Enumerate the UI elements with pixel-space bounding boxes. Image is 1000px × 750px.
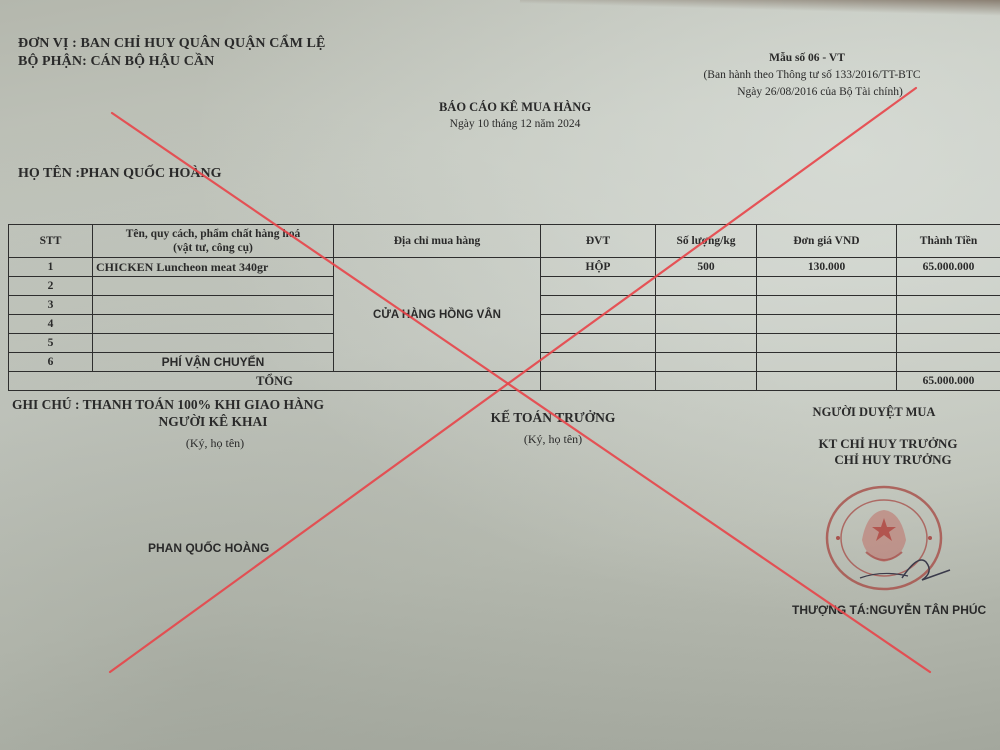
header-stt: STT	[9, 225, 93, 258]
row-unit	[541, 353, 656, 372]
row-item	[93, 315, 334, 334]
row-unit: HỘP	[541, 258, 656, 277]
table-total-row: TỔNG 65.000.000	[9, 372, 1000, 391]
header-unit: ĐƠN VỊ : BAN CHỈ HUY QUÂN QUẬN CẨM LỆ	[18, 36, 325, 52]
row-stt: 2	[9, 277, 93, 296]
header-amount: Thành Tiền	[897, 225, 1000, 258]
row-amount	[897, 277, 1000, 296]
table-header-row: STT Tên, quy cách, phẩm chất hàng hoá (v…	[9, 225, 1000, 258]
header-quantity: Số lượng/kg	[656, 225, 757, 258]
row-amount	[897, 334, 1000, 353]
header-unit: ĐVT	[541, 225, 656, 258]
row-stt: 6	[9, 353, 93, 372]
total-unit	[541, 372, 656, 391]
paper-edge-shadow	[520, 0, 1000, 17]
row-amount	[897, 296, 1000, 315]
header-item-line1: Tên, quy cách, phẩm chất hàng hoá	[96, 227, 330, 241]
row-quantity	[656, 315, 757, 334]
form-number: Mẫu số 06 - VT	[769, 52, 845, 64]
row-quantity	[656, 277, 757, 296]
header-address: Địa chỉ mua hàng	[334, 225, 541, 258]
row-item-shipping: PHÍ VẬN CHUYỂN	[93, 353, 334, 372]
row-stt: 5	[9, 334, 93, 353]
row-stt: 1	[9, 258, 93, 277]
row-unit	[541, 315, 656, 334]
row-unit-price	[757, 315, 897, 334]
row-quantity	[656, 296, 757, 315]
row-amount	[897, 315, 1000, 334]
row-unit	[541, 334, 656, 353]
purchase-address: CỬA HÀNG HỒNG VÂN	[334, 258, 541, 372]
row-amount: 65.000.000	[897, 258, 1000, 277]
row-unit	[541, 296, 656, 315]
chief-accountant-title: KẾ TOÁN TRƯỞNG	[491, 410, 616, 426]
form-issued-by: (Ban hành theo Thông tư số 133/2016/TT-B…	[703, 69, 920, 81]
row-quantity: 500	[656, 258, 757, 277]
row-quantity	[656, 353, 757, 372]
header-item: Tên, quy cách, phẩm chất hàng hoá (vật t…	[93, 225, 334, 258]
row-item	[93, 296, 334, 315]
row-unit-price	[757, 296, 897, 315]
header-department: BỘ PHẬN: CÁN BỘ HẬU CẦN	[18, 54, 214, 70]
row-unit-price	[757, 334, 897, 353]
row-item	[93, 334, 334, 353]
approver-role-line2: CHỈ HUY TRƯỞNG	[834, 452, 951, 468]
header-unit-price: Đơn giá VND	[757, 225, 897, 258]
chief-accountant-instruction: (Ký, họ tên)	[524, 432, 582, 447]
row-unit-price: 130.000	[757, 258, 897, 277]
purchase-table: STT Tên, quy cách, phẩm chất hàng hoá (v…	[8, 224, 1000, 391]
table-row: 1 CHICKEN Luncheon meat 340gr CỬA HÀNG H…	[9, 258, 1000, 277]
total-label: TỔNG	[9, 372, 541, 391]
official-stamp-icon	[822, 482, 956, 600]
total-unit-price	[757, 372, 897, 391]
row-stt: 4	[9, 315, 93, 334]
row-item	[93, 277, 334, 296]
report-date: Ngày 10 tháng 12 năm 2024	[450, 118, 581, 130]
total-quantity	[656, 372, 757, 391]
declarant-title: NGƯỜI KÊ KHAI	[158, 414, 267, 430]
row-stt: 3	[9, 296, 93, 315]
declarant-instruction: (Ký, họ tên)	[186, 436, 244, 451]
full-name: HỌ TÊN :PHAN QUỐC HOÀNG	[18, 166, 222, 182]
row-quantity	[656, 334, 757, 353]
row-item: CHICKEN Luncheon meat 340gr	[93, 258, 334, 277]
row-amount	[897, 353, 1000, 372]
approver-name: THƯỢNG TÁ:NGUYỄN TÂN PHÚC	[792, 603, 986, 617]
row-unit-price	[757, 353, 897, 372]
total-amount: 65.000.000	[897, 372, 1000, 391]
declarant-name: PHAN QUỐC HOÀNG	[148, 541, 269, 555]
row-unit	[541, 277, 656, 296]
payment-note: GHI CHÚ : THANH TOÁN 100% KHI GIAO HÀNG	[12, 397, 324, 413]
approver-title: NGƯỜI DUYỆT MUA	[813, 405, 936, 420]
form-issued-date: Ngày 26/08/2016 của Bộ Tài chính)	[737, 86, 903, 98]
header-item-line2: (vật tư, công cụ)	[96, 241, 330, 255]
approver-role-line1: KT CHỈ HUY TRƯỞNG	[818, 436, 957, 452]
report-title: BÁO CÁO KÊ MUA HÀNG	[439, 100, 591, 115]
row-unit-price	[757, 277, 897, 296]
